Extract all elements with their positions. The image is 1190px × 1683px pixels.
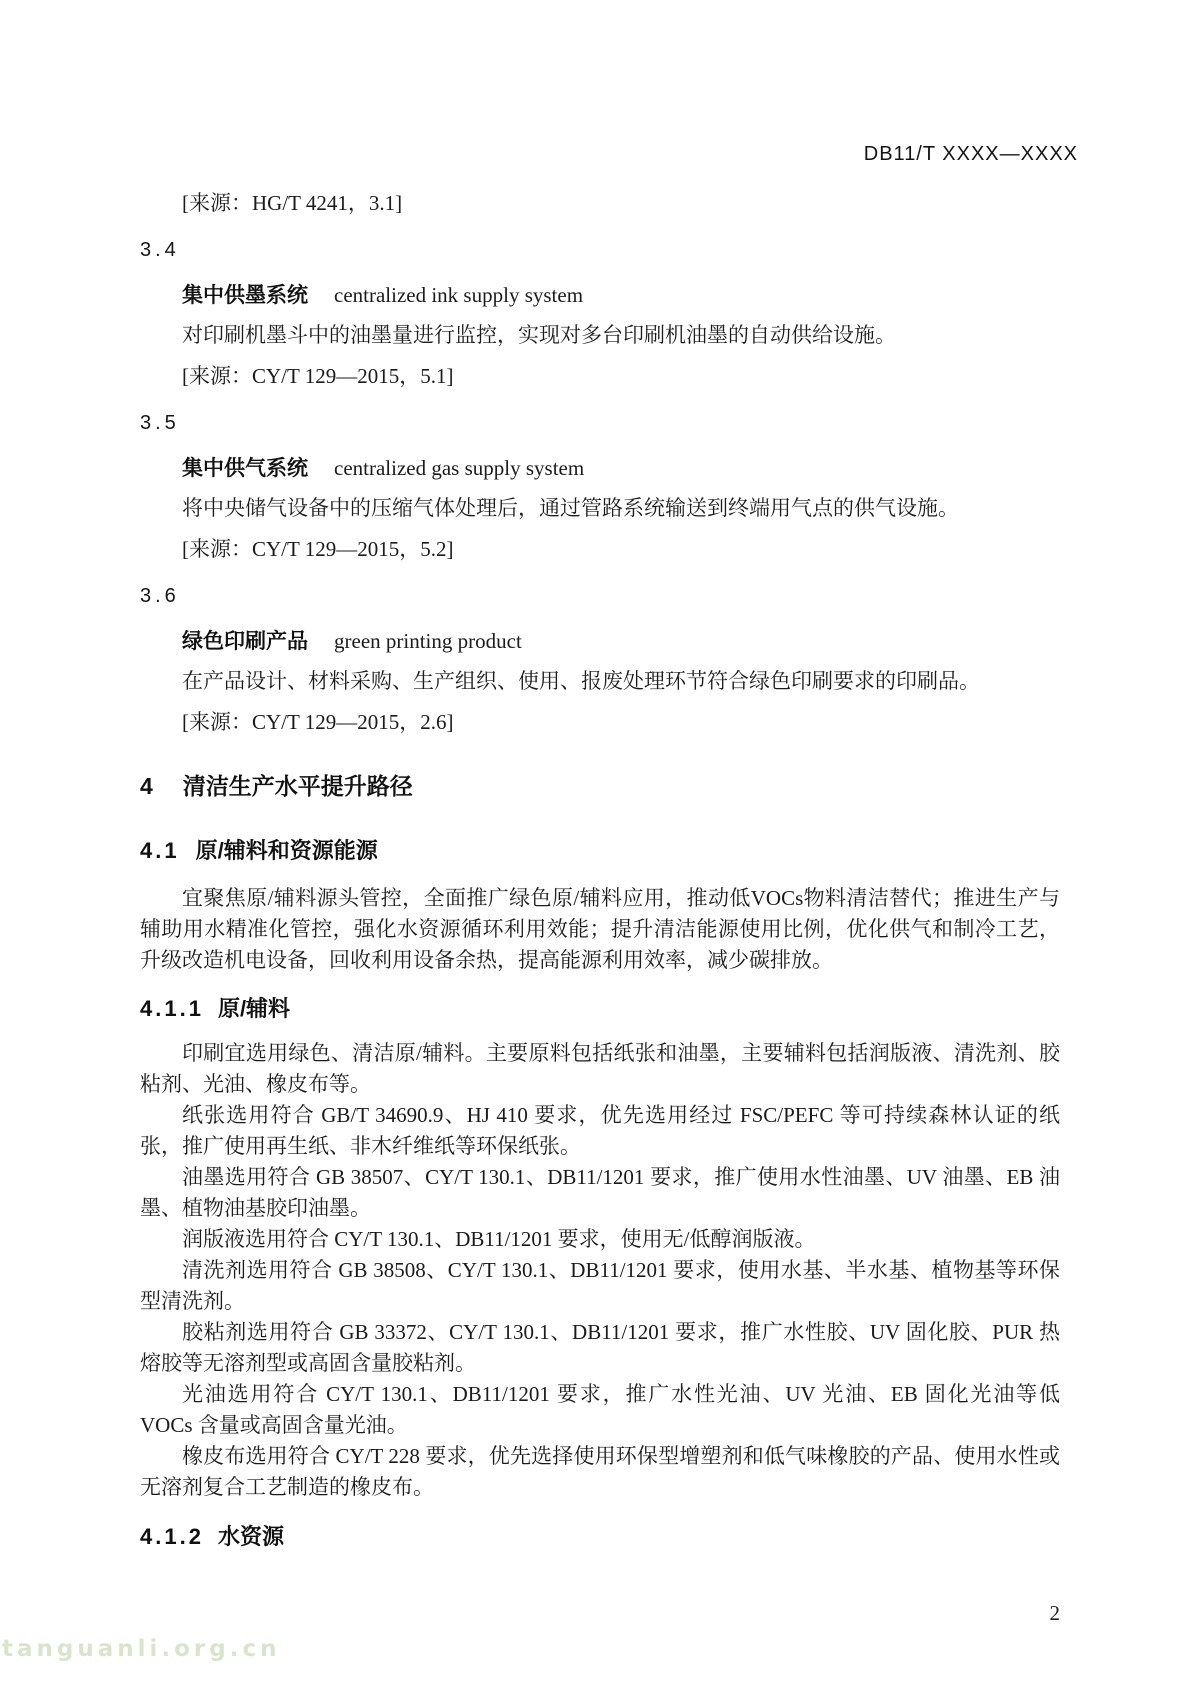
watermark: tanguanli.org.cn	[2, 1636, 280, 1662]
source-reference: [来源：CY/T 129—2015，5.1]	[140, 361, 1060, 392]
body-paragraph: 纸张选用符合 GB/T 34690.9、HJ 410 要求，优先选用经过 FSC…	[140, 1100, 1060, 1162]
section-heading-4-1: 4.1原/辅料和资源能源	[140, 834, 1060, 868]
source-reference: [来源：CY/T 129—2015，5.2]	[140, 534, 1060, 565]
heading-title: 原/辅料	[218, 996, 290, 1021]
body-paragraph: 橡皮布选用符合 CY/T 228 要求，优先选择使用环保型增塑剂和低气味橡胶的产…	[140, 1441, 1060, 1503]
section-heading-4-1-2: 4.1.2水资源	[140, 1520, 1060, 1554]
body-paragraph: 油墨选用符合 GB 38507、CY/T 130.1、DB11/1201 要求，…	[140, 1162, 1060, 1224]
term-zh: 集中供气系统	[182, 457, 308, 480]
body-paragraph: 润版液选用符合 CY/T 130.1、DB11/1201 要求，使用无/低醇润版…	[140, 1224, 1060, 1255]
heading-number: 4.1.1	[140, 996, 204, 1021]
heading-title: 原/辅料和资源能源	[196, 838, 378, 863]
body-paragraph: 印刷宜选用绿色、清洁原/辅料。主要原料包括纸张和油墨，主要辅料包括润版液、清洗剂…	[140, 1038, 1060, 1100]
source-reference: [来源：CY/T 129—2015，2.6]	[140, 707, 1060, 738]
term-heading: 集中供气系统centralized gas supply system	[140, 453, 1060, 484]
body-paragraph: 光油选用符合 CY/T 130.1、DB11/1201 要求，推广水性光油、UV…	[140, 1379, 1060, 1441]
clause-number-3-6: 3.6	[140, 581, 1060, 612]
source-reference: [来源：HG/T 4241，3.1]	[140, 188, 1060, 219]
section-body: 印刷宜选用绿色、清洁原/辅料。主要原料包括纸张和油墨，主要辅料包括润版液、清洗剂…	[140, 1038, 1060, 1503]
chapter-heading: 4清洁生产水平提升路径	[140, 768, 1060, 804]
term-definition: 对印刷机墨斗中的油墨量进行监控，实现对多台印刷机油墨的自动供给设施。	[140, 320, 1060, 351]
page-content: [来源：HG/T 4241，3.1] 3.4 集中供墨系统centralized…	[140, 188, 1060, 1554]
heading-number: 4.1	[140, 838, 180, 863]
body-paragraph: 清洗剂选用符合 GB 38508、CY/T 130.1、DB11/1201 要求…	[140, 1255, 1060, 1317]
section-heading-4-1-1: 4.1.1原/辅料	[140, 992, 1060, 1026]
term-zh: 绿色印刷产品	[182, 630, 308, 653]
doc-number: DB11/T XXXX—XXXX	[864, 143, 1078, 166]
clause-number-3-5: 3.5	[140, 408, 1060, 439]
term-heading: 绿色印刷产品green printing product	[140, 626, 1060, 657]
term-en: centralized gas supply system	[334, 456, 584, 480]
body-paragraph: 宜聚焦原/辅料源头管控，全面推广绿色原/辅料应用，推动低VOCs物料清洁替代；推…	[140, 883, 1060, 976]
body-paragraph: 胶粘剂选用符合 GB 33372、CY/T 130.1、DB11/1201 要求…	[140, 1317, 1060, 1379]
term-heading: 集中供墨系统centralized ink supply system	[140, 280, 1060, 311]
clause-number-3-4: 3.4	[140, 235, 1060, 266]
heading-number: 4	[140, 773, 155, 799]
document-page: DB11/T XXXX—XXXX [来源：HG/T 4241，3.1] 3.4 …	[0, 0, 1190, 1683]
page-number: 2	[1050, 1598, 1061, 1629]
heading-number: 4.1.2	[140, 1524, 204, 1549]
term-en: green printing product	[334, 629, 522, 653]
term-en: centralized ink supply system	[334, 283, 583, 307]
heading-title: 清洁生产水平提升路径	[183, 773, 413, 799]
heading-title: 水资源	[218, 1524, 284, 1549]
term-definition: 将中央储气设备中的压缩气体处理后，通过管路系统输送到终端用气点的供气设施。	[140, 493, 1060, 524]
term-definition: 在产品设计、材料采购、生产组织、使用、报废处理环节符合绿色印刷要求的印刷品。	[140, 666, 1060, 697]
term-zh: 集中供墨系统	[182, 284, 308, 307]
